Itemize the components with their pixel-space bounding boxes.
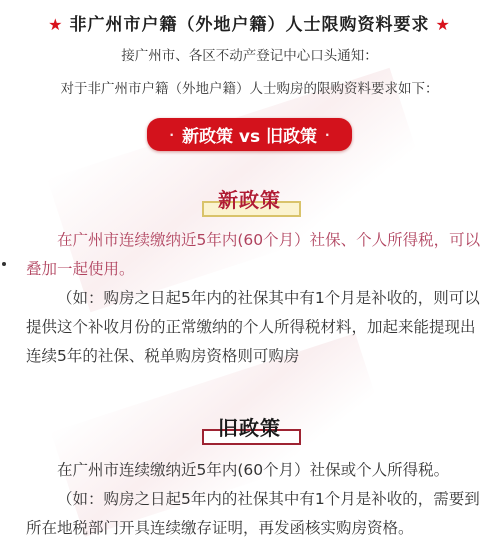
- banner-label: 新政策 vs 旧政策: [182, 122, 317, 147]
- page-title: ★非广州市户籍（外地户籍）人士限购资料要求★: [0, 10, 499, 35]
- dot-icon: ·: [325, 128, 330, 142]
- comparison-banner: · 新政策 vs 旧政策 ·: [147, 118, 352, 151]
- old-policy-text: 在广州市连续缴纳近5年内(60个月）社保或个人所得税。: [26, 456, 486, 485]
- old-policy-example: （如：购房之日起5年内的社保其中有1个月是补收的，需要到所在地税部门开具连续缴存…: [26, 485, 486, 543]
- intro-line-2: 对于非广州市户籍（外地户籍）人士购房的限购资料要求如下：: [0, 77, 499, 97]
- new-policy-heading: 新政策: [0, 184, 499, 213]
- star-icon: ★: [48, 15, 63, 34]
- bullet-dot: [2, 262, 6, 266]
- dot-icon: ·: [169, 128, 174, 142]
- old-policy-heading: 旧政策: [0, 412, 499, 441]
- intro-line-1: 接广州市、各区不动产登记中心口头通知：: [0, 44, 499, 64]
- star-icon: ★: [436, 15, 451, 34]
- title-text: 非广州市户籍（外地户籍）人士限购资料要求: [70, 15, 430, 35]
- new-policy-example: （如：购房之日起5年内的社保其中有1个月是补收的，则可以提供这个补收月份的正常缴…: [26, 284, 486, 371]
- new-policy-text: 在广州市连续缴纳近5年内(60个月）社保、个人所得税，可以叠加一起使用。: [26, 226, 486, 284]
